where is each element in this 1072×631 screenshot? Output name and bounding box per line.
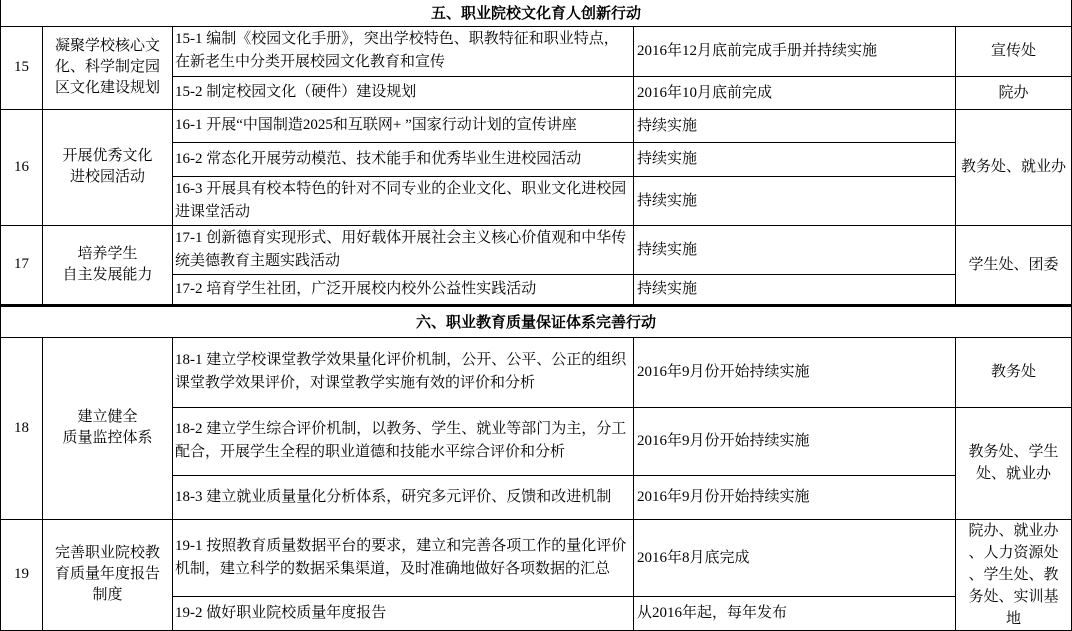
subtask-cell-16-1: 16-1 开展“中国制造2025和互联网+ ”国家行动计划的宣传讲座 — [173, 109, 634, 142]
schedule-cell-17-1: 持续实施 — [634, 225, 956, 274]
schedule-cell-16-1: 持续实施 — [634, 109, 956, 142]
subtask-cell-17-2: 17-2 培育学生社团，广泛开展校内校外公益性实践活动 — [173, 274, 634, 305]
schedule-cell-18-2: 2016年9月份开始持续实施 — [634, 407, 956, 475]
schedule-cell-16-3: 持续实施 — [634, 176, 956, 225]
row-number-19: 19 — [1, 519, 43, 630]
section-title-6: 六、职业教育质量保证体系完善行动 — [1, 305, 1072, 337]
task-name-16: 开展优秀文化 进校园活动 — [43, 109, 173, 225]
subtask-cell-15-1: 15-1 编制《校园文化手册》，突出学校特色、职教特征和职业特点，在新老生中分类… — [173, 26, 634, 76]
schedule-cell-15-2: 2016年10月底前完成 — [634, 76, 956, 109]
department-cell-17: 学生处、团委 — [956, 225, 1072, 305]
schedule-cell-19-2: 从2016年起，每年发布 — [634, 597, 956, 630]
subtask-cell-17-1: 17-1 创新德育实现形式、用好载体开展社会主义核心价值观和中华传统美德教育主题… — [173, 225, 634, 274]
schedule-cell-18-1: 2016年9月份开始持续实施 — [634, 337, 956, 407]
row-number-18: 18 — [1, 337, 43, 519]
task-name-17: 培养学生 自主发展能力 — [43, 225, 173, 305]
section-title-5: 五、职业院校文化育人创新行动 — [1, 0, 1072, 26]
task-name-19: 完善职业院校教 育质量年度报告 制度 — [43, 519, 173, 630]
subtask-cell-19-1: 19-1 按照教育质量数据平台的要求，建立和完善各项工作的量化评价机制，建立科学… — [173, 519, 634, 597]
subtask-cell-18-2: 18-2 建立学生综合评价机制，以教务、学生、就业等部门为主，分工配合，开展学生… — [173, 407, 634, 475]
subtask-cell-19-2: 19-2 做好职业院校质量年度报告 — [173, 597, 634, 630]
subtask-cell-18-3: 18-3 建立就业质量量化分析体系，研究多元评价、反馈和改进机制 — [173, 475, 634, 519]
subtask-cell-15-2: 15-2 制定校园文化（硬件）建设规划 — [173, 76, 634, 109]
schedule-cell-19-1: 2016年8月底完成 — [634, 519, 956, 597]
row-number-17: 17 — [1, 225, 43, 305]
schedule-cell-17-2: 持续实施 — [634, 274, 956, 305]
department-cell-15-2: 院办 — [956, 76, 1072, 109]
action-plan-table: 五、职业院校文化育人创新行动 15 凝聚学校核心文 化、科学制定园 区文化建设规… — [0, 0, 1072, 631]
department-cell-18-1: 教务处 — [956, 337, 1072, 407]
department-cell-18-2-3: 教务处、学生 处、就业办 — [956, 407, 1072, 519]
schedule-cell-18-3: 2016年9月份开始持续实施 — [634, 475, 956, 519]
department-cell-16: 教务处、就业办 — [956, 109, 1072, 225]
department-cell-19: 院办、就业办 、人力资源处 、学生处、教 务处、实训基 地 — [956, 519, 1072, 630]
schedule-cell-15-1: 2016年12月底前完成手册并持续实施 — [634, 26, 956, 76]
subtask-cell-16-2: 16-2 常态化开展劳动模范、技术能手和优秀毕业生进校园活动 — [173, 142, 634, 176]
task-name-15: 凝聚学校核心文 化、科学制定园 区文化建设规划 — [43, 26, 173, 109]
department-cell-15-1: 宣传处 — [956, 26, 1072, 76]
subtask-cell-16-3: 16-3 开展具有校本特色的针对不同专业的企业文化、职业文化进校园进课堂活动 — [173, 176, 634, 225]
subtask-cell-18-1: 18-1 建立学校课堂教学效果量化评价机制，公开、公平、公正的组织课堂教学效果评… — [173, 337, 634, 407]
row-number-16: 16 — [1, 109, 43, 225]
task-name-18: 建立健全 质量监控体系 — [43, 337, 173, 519]
row-number-15: 15 — [1, 26, 43, 109]
schedule-cell-16-2: 持续实施 — [634, 142, 956, 176]
